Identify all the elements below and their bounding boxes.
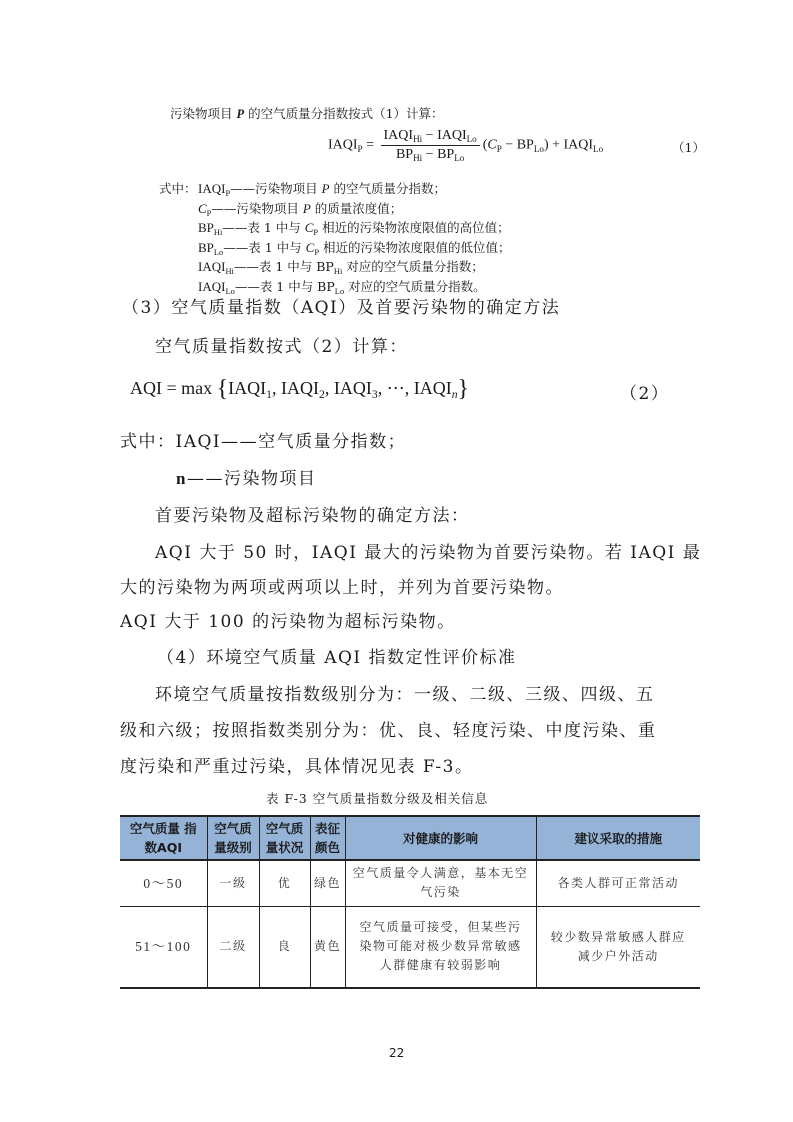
cell-advice: 各类人群可正常活动 bbox=[536, 860, 700, 906]
definitions-2-line1: 式中：IAQI——空气质量分指数； bbox=[120, 427, 406, 452]
table-header-row: 空气质量 指数AQI 空气质量级别 空气质量状况 表征颜色 对健康的影响 建议采… bbox=[120, 816, 700, 860]
section-3-intro: 空气质量指数按式（2）计算： bbox=[155, 332, 408, 357]
definitions-2-line2: n——污染物项目 bbox=[176, 464, 316, 489]
cell-level: 二级 bbox=[207, 906, 259, 988]
definitions-list: IAQIP——污染物项目 P 的空气质量分指数； CP——污染物项目 P 的质量… bbox=[198, 179, 511, 296]
intro-text: 的空气质量分指数按式（1）计算： bbox=[244, 106, 443, 121]
aqi-table: 空气质量 指数AQI 空气质量级别 空气质量状况 表征颜色 对健康的影响 建议采… bbox=[120, 815, 700, 989]
formula-2: AQI = max {IAQI1, IAQI2, IAQI3, ⋯, IAQIn… bbox=[130, 376, 469, 403]
intro-text: 污染物项目 bbox=[170, 106, 236, 121]
paragraph-exceeding-pollutant: AQI 大于 100 的污染物为超标污染物。 bbox=[120, 607, 456, 632]
table-caption: 表 F-3 空气质量指数分级及相关信息 bbox=[266, 789, 488, 807]
formula-1: IAQIP = IAQIHi − IAQILo BPHi − BPLo (CP … bbox=[328, 128, 603, 163]
definition-item: IAQIP——污染物项目 P 的空气质量分指数； bbox=[198, 179, 511, 199]
formula-2-number: （2） bbox=[620, 379, 669, 404]
table-row: 51～100 二级 良 黄色 空气质量可接受，但某些污染物可能对极少数异常敏感人… bbox=[120, 906, 700, 988]
header-color: 表征颜色 bbox=[310, 816, 345, 860]
section-4-body-line2: 级和六级；按照指数类别分为：优、良、轻度污染、中度污染、重 bbox=[120, 716, 657, 741]
cell-health: 空气质量令人满意，基本无空气污染 bbox=[345, 860, 536, 906]
fraction: IAQIHi − IAQILo BPHi − BPLo bbox=[381, 128, 480, 163]
header-aqi: 空气质量 指数AQI bbox=[120, 816, 207, 860]
header-level: 空气质量级别 bbox=[207, 816, 259, 860]
cell-color: 绿色 bbox=[310, 860, 345, 906]
definition-item: IAQIHi——表 1 中与 BPHi 对应的空气质量分指数； bbox=[198, 257, 511, 277]
definition-item: BPLo——表 1 中与 CP 相近的污染物浓度限值的低位值； bbox=[198, 238, 511, 258]
table-row: 0～50 一级 优 绿色 空气质量令人满意，基本无空气污染 各类人群可正常活动 bbox=[120, 860, 700, 906]
paragraph-primary-pollutant-title: 首要污染物及超标污染物的确定方法： bbox=[155, 501, 470, 526]
cell-aqi: 51～100 bbox=[120, 906, 207, 988]
definition-item: CP——污染物项目 P 的质量浓度值； bbox=[198, 199, 511, 219]
section-4-body-line3: 度污染和严重过污染，具体情况见表 F-3。 bbox=[120, 752, 474, 777]
section-4-heading: （4）环境空气质量 AQI 指数定性评价标准 bbox=[157, 643, 517, 668]
intro-var: P bbox=[236, 107, 244, 121]
section-4-body-line1: 环境空气质量按指数级别分为：一级、二级、三级、四级、五 bbox=[155, 680, 655, 705]
header-health: 对健康的影响 bbox=[345, 816, 536, 860]
formula1-intro: 污染物项目 P 的空气质量分指数按式（1）计算： bbox=[170, 104, 444, 122]
cell-status: 良 bbox=[259, 906, 310, 988]
definition-item: BPHi——表 1 中与 CP 相近的污染物浓度限值的高位值； bbox=[198, 218, 511, 238]
section-3-heading: （3）空气质量指数（AQI）及首要污染物的确定方法 bbox=[122, 293, 560, 318]
header-advice: 建议采取的措施 bbox=[536, 816, 700, 860]
formula-1-number: （1） bbox=[672, 138, 705, 156]
cell-color: 黄色 bbox=[310, 906, 345, 988]
cell-advice: 较少数异常敏感人群应减少户外活动 bbox=[536, 906, 700, 988]
cell-health: 空气质量可接受，但某些污染物可能对极少数异常敏感人群健康有较弱影响 bbox=[345, 906, 536, 988]
header-status: 空气质量状况 bbox=[259, 816, 310, 860]
cell-aqi: 0～50 bbox=[120, 860, 207, 906]
cell-level: 一级 bbox=[207, 860, 259, 906]
paragraph-primary-pollutant-line2: 大的污染物为两项或两项以上时，并列为首要污染物。 bbox=[120, 573, 564, 598]
paragraph-primary-pollutant-line1: AQI 大于 50 时，IAQI 最大的污染物为首要污染物。若 IAQI 最 bbox=[155, 538, 701, 563]
page-number: 22 bbox=[389, 1046, 404, 1060]
cell-status: 优 bbox=[259, 860, 310, 906]
definitions-lead: 式中： bbox=[159, 179, 197, 197]
